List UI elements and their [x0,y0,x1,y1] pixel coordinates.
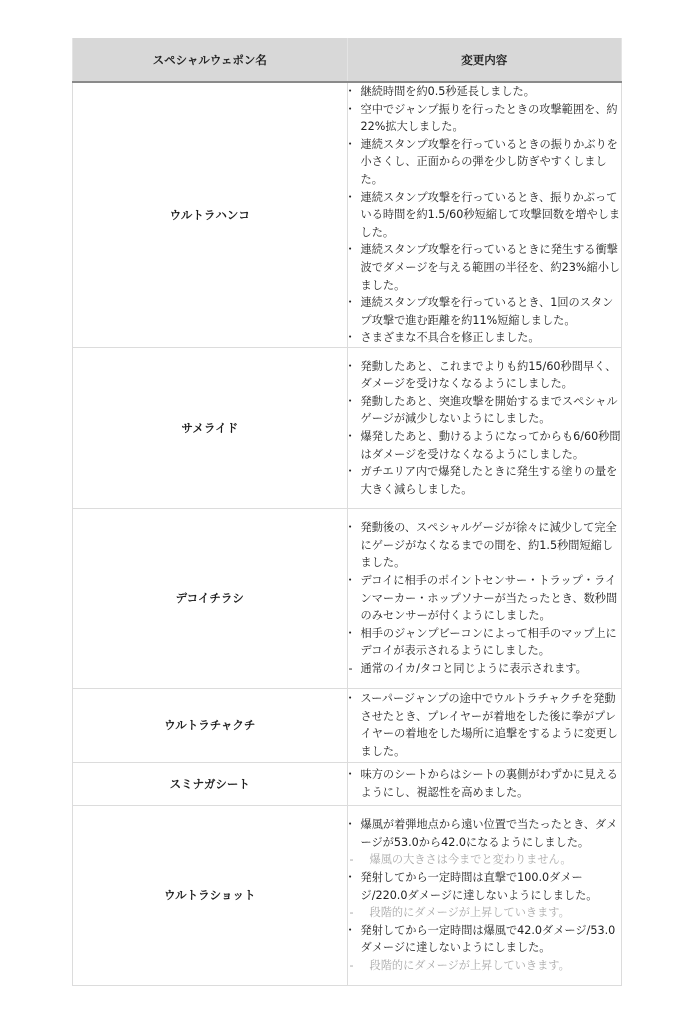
change-item: 発動したあと、これまでよりも約15/60秒間早く、ダメージを受けなくなるようにし… [348,358,622,393]
weapon-name-cell: ウルトラショット [73,805,348,985]
changes-cell: 継続時間を約0.5秒延長しました。 空中でジャンプ振りを行ったときの攻撃範囲を、… [347,82,622,347]
change-item: 発射してから一定時間は直撃で100.0ダメージ/220.0ダメージに達しないよう… [348,869,622,904]
table-row: デコイチラシ 発動後の、スペシャルゲージが徐々に減少して完全にゲージがなくなるま… [73,508,622,688]
change-item: 発射してから一定時間は爆風で42.0ダメージ/53.0ダメージに達しないようにし… [348,922,622,957]
header-weapon-name: スペシャルウェポン名 [73,38,348,82]
changes-cell: 味方のシートからはシートの裏側がわずかに見えるようにし、視認性を高めました。 [347,762,622,805]
weapon-name-cell: スミナガシート [73,762,348,805]
change-list: 継続時間を約0.5秒延長しました。 空中でジャンプ振りを行ったときの攻撃範囲を、… [348,83,622,347]
changes-cell: 発動したあと、これまでよりも約15/60秒間早く、ダメージを受けなくなるようにし… [347,347,622,508]
change-item: 爆発したあと、動けるようになってからも6/60秒間はダメージを受けなくなるように… [348,428,622,463]
changes-cell: 爆風が着弾地点から遠い位置で当たったとき、ダメージが53.0から42.0になるよ… [347,805,622,985]
table-row: ウルトラチャクチ スーパージャンプの途中でウルトラチャクチを発動させたとき、プレ… [73,688,622,762]
weapon-name-cell: デコイチラシ [73,508,348,688]
change-item: 爆風が着弾地点から遠い位置で当たったとき、ダメージが53.0から42.0になるよ… [348,816,622,851]
change-item: 連続スタンプ攻撃を行っているとき、振りかぶっている時間を約1.5/60秒短縮して… [348,189,622,242]
change-item: ガチエリア内で爆発したときに発生する塗りの量を大きく減らしました。 [348,463,622,498]
change-note: 通常のイカ/タコと同じように表示されます。 [348,660,622,678]
weapon-name-cell: ウルトラハンコ [73,82,348,347]
change-list: 発動したあと、これまでよりも約15/60秒間早く、ダメージを受けなくなるようにし… [348,358,622,499]
change-item: 発動したあと、突進攻撃を開始するまでスペシャルゲージが減少しないようにしました。 [348,393,622,428]
change-item: 連続スタンプ攻撃を行っているとき、1回のスタンプ攻撃で進む距離を約11%短縮しま… [348,294,622,329]
change-item: 連続スタンプ攻撃を行っているときの振りかぶりを小さくし、正面からの弾を少し防ぎや… [348,136,622,189]
change-note: 段階的にダメージが上昇していきます。 [348,957,622,975]
table-header-row: スペシャルウェポン名 変更内容 [73,38,622,82]
table-row: スミナガシート 味方のシートからはシートの裏側がわずかに見えるようにし、視認性を… [73,762,622,805]
changes-cell: スーパージャンプの途中でウルトラチャクチを発動させたとき、プレイヤーが着地をした… [347,688,622,762]
change-item: 連続スタンプ攻撃を行っているときに発生する衝撃波でダメージを与える範囲の半径を、… [348,241,622,294]
special-weapon-changes-table: スペシャルウェポン名 変更内容 ウルトラハンコ 継続時間を約0.5秒延長しました… [72,38,622,986]
table-row: ウルトラハンコ 継続時間を約0.5秒延長しました。 空中でジャンプ振りを行ったと… [73,82,622,347]
header-changes: 変更内容 [347,38,622,82]
change-list: 爆風が着弾地点から遠い位置で当たったとき、ダメージが53.0から42.0になるよ… [348,816,622,974]
change-item: 空中でジャンプ振りを行ったときの攻撃範囲を、約22%拡大しました。 [348,101,622,136]
change-item: 継続時間を約0.5秒延長しました。 [348,83,622,101]
change-list: 味方のシートからはシートの裏側がわずかに見えるようにし、視認性を高めました。 [348,766,622,801]
change-note: 爆風の大きさは今までと変わりません。 [348,851,622,869]
change-item: 発動後の、スペシャルゲージが徐々に減少して完全にゲージがなくなるまでの間を、約1… [348,519,622,572]
weapon-name-cell: サメライド [73,347,348,508]
change-item: 相手のジャンプビーコンによって相手のマップ上にデコイが表示されるようにしました。 [348,625,622,660]
change-list: 発動後の、スペシャルゲージが徐々に減少して完全にゲージがなくなるまでの間を、約1… [348,519,622,677]
change-item: スーパージャンプの途中でウルトラチャクチを発動させたとき、プレイヤーが着地をした… [348,690,622,760]
change-item: デコイに相手のポイントセンサー・トラップ・ラインマーカー・ホップソナーが当たった… [348,572,622,625]
change-list: スーパージャンプの途中でウルトラチャクチを発動させたとき、プレイヤーが着地をした… [348,690,622,760]
weapon-name-cell: ウルトラチャクチ [73,688,348,762]
changes-cell: 発動後の、スペシャルゲージが徐々に減少して完全にゲージがなくなるまでの間を、約1… [347,508,622,688]
change-item: 味方のシートからはシートの裏側がわずかに見えるようにし、視認性を高めました。 [348,766,622,801]
table-row: サメライド 発動したあと、これまでよりも約15/60秒間早く、ダメージを受けなく… [73,347,622,508]
change-item: さまざまな不具合を修正しました。 [348,329,622,347]
change-note: 段階的にダメージが上昇していきます。 [348,904,622,922]
table-row: ウルトラショット 爆風が着弾地点から遠い位置で当たったとき、ダメージが53.0か… [73,805,622,985]
